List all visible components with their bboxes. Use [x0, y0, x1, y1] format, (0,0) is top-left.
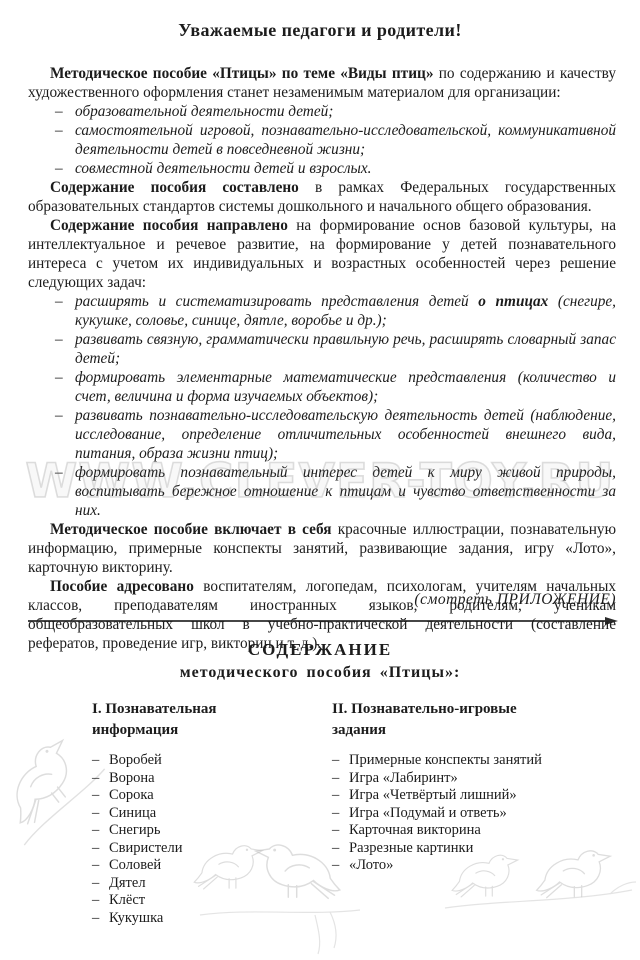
toc-heading: СОДЕРЖАНИЕ [0, 640, 640, 660]
dash-marker: – [92, 770, 99, 788]
toc-item: –Игра «Четвёртый лишний» [332, 787, 612, 805]
toc-item: –Свиристели [92, 840, 312, 858]
toc-item-text: Сорока [109, 787, 154, 803]
list-item: –образовательной деятельности детей; [28, 102, 616, 121]
dash-marker: – [332, 857, 339, 875]
toc-item-text: Свиристели [109, 840, 183, 856]
toc-item-text: Синица [109, 805, 156, 821]
paragraph-lead-bold: Пособие адресовано [50, 578, 194, 595]
list-item: –формировать элементарные математические… [28, 368, 616, 406]
games-list: –Примерные конспекты занятий –Игра «Лаби… [332, 752, 612, 875]
toc-item: –Дятел [92, 875, 312, 893]
toc-item: –Синица [92, 805, 312, 823]
toc-column-title-line1: I. Познавательная [92, 701, 217, 717]
toc-item: –Сорока [92, 787, 312, 805]
intro-text-block: Методическое пособие «Птицы» по теме «Ви… [28, 64, 616, 653]
toc-item-text: Игра «Четвёртый лишний» [349, 787, 517, 803]
dash-marker: – [332, 752, 339, 770]
paragraph-goals: Содержание пособия направлено на формиро… [28, 216, 616, 292]
list-item: –развивать связную, грамматически правил… [28, 330, 616, 368]
list-item: –развивать познавательно-исследовательск… [28, 406, 616, 463]
birds-list: –Воробей –Ворона –Сорока –Синица –Снегир… [92, 752, 312, 927]
toc-item-text: Снегирь [109, 822, 160, 838]
toc-item: –Игра «Лабиринт» [332, 770, 612, 788]
dash-marker: – [92, 840, 99, 858]
list-item: –формировать познавательный интерес дете… [28, 463, 616, 520]
toc-item-text: Разрезные картинки [349, 840, 473, 856]
list-item-text: развивать познавательно-исследовательску… [75, 407, 616, 462]
dash-marker: – [92, 910, 99, 928]
dash-marker: – [55, 121, 63, 140]
dash-marker: – [55, 368, 63, 387]
list-item-bold: о птицах [478, 293, 548, 310]
toc-item: –Воробей [92, 752, 312, 770]
toc-column-title-line1: II. Познавательно-игровые [332, 701, 517, 717]
list-item-text: развивать связную, грамматически правиль… [75, 331, 616, 367]
list-item-text: образовательной деятельности детей; [75, 103, 333, 120]
toc-item: –Снегирь [92, 822, 312, 840]
dash-marker: – [332, 770, 339, 788]
paragraph-lead-bold: Методическое пособие «Птицы» по теме «Ви… [50, 65, 433, 82]
dash-marker: – [332, 840, 339, 858]
toc-item: –Карточная викторина [332, 822, 612, 840]
page-title: Уважаемые педагоги и родители! [0, 20, 640, 41]
paragraph-lead-bold: Содержание пособия направлено [50, 217, 288, 234]
toc-column-title: I. Познавательнаяинформация [92, 699, 312, 741]
list-item-text: формировать познавательный интерес детей… [75, 464, 616, 519]
dash-marker: – [332, 822, 339, 840]
list-item-text: совместной деятельности детей и взрослых… [75, 160, 371, 177]
toc-column-title-line2: задания [332, 722, 386, 738]
toc-item: –Примерные конспекты занятий [332, 752, 612, 770]
toc-column-title: II. Познавательно-игровыезадания [332, 699, 612, 741]
toc-column-games: II. Познавательно-игровыезадания –Пример… [332, 699, 612, 875]
list-item-text: расширять и систематизировать представле… [75, 293, 478, 310]
dash-marker: – [332, 805, 339, 823]
dash-marker: – [332, 787, 339, 805]
tasks-list: –расширять и систематизировать представл… [28, 292, 616, 520]
dash-marker: – [55, 330, 63, 349]
toc-item-text: Примерные конспекты занятий [349, 752, 542, 768]
toc-item-text: Кукушка [109, 910, 163, 926]
toc-item-text: Соловей [109, 857, 161, 873]
paragraph-manual-intro: Методическое пособие «Птицы» по теме «Ви… [28, 64, 616, 102]
list-item: –совместной деятельности детей и взрослы… [28, 159, 616, 178]
list-item-text: формировать элементарные математические … [75, 369, 616, 405]
activities-list: –образовательной деятельности детей; –са… [28, 102, 616, 178]
toc-item-text: «Лото» [349, 857, 393, 873]
scanned-book-page: Уважаемые педагоги и родители! Методичес… [0, 0, 640, 960]
dash-marker: – [55, 292, 63, 311]
dash-marker: – [55, 406, 63, 425]
toc-item: –Соловей [92, 857, 312, 875]
toc-item-text: Дятел [109, 875, 146, 891]
dash-marker: – [92, 787, 99, 805]
toc-item: –Разрезные картинки [332, 840, 612, 858]
toc-item-text: Игра «Лабиринт» [349, 770, 458, 786]
paragraph-includes: Методическое пособие включает в себя кра… [28, 520, 616, 577]
dash-marker: – [55, 463, 63, 482]
toc-item: –Ворона [92, 770, 312, 788]
dash-marker: – [92, 752, 99, 770]
toc-item-text: Клёст [109, 892, 145, 908]
paragraph-lead-bold: Методическое пособие включает в себя [50, 521, 332, 538]
paragraph-standards: Содержание пособия составлено в рамках Ф… [28, 178, 616, 216]
toc-subheading: методического пособия «Птицы»: [0, 664, 640, 682]
list-item: –самостоятельной игровой, познавательно-… [28, 121, 616, 159]
dash-marker: – [92, 892, 99, 910]
toc-item: –«Лото» [332, 857, 612, 875]
list-item: –расширять и систематизировать представл… [28, 292, 616, 330]
dash-marker: – [92, 857, 99, 875]
toc-item-text: Ворона [109, 770, 155, 786]
dash-marker: – [92, 822, 99, 840]
dash-marker: – [55, 159, 63, 178]
toc-item-text: Игра «Подумай и ответь» [349, 805, 507, 821]
toc-item: –Клёст [92, 892, 312, 910]
toc-item-text: Карточная викторина [349, 822, 481, 838]
toc-item: –Игра «Подумай и ответь» [332, 805, 612, 823]
dash-marker: – [92, 875, 99, 893]
toc-item-text: Воробей [109, 752, 162, 768]
dash-marker: – [92, 805, 99, 823]
dash-marker: – [55, 102, 63, 121]
toc-column-title-line2: информация [92, 722, 178, 738]
toc-item: –Кукушка [92, 910, 312, 928]
list-item-text: самостоятельной игровой, познавательно-и… [75, 122, 616, 158]
toc-column-info: I. Познавательнаяинформация –Воробей –Во… [92, 699, 312, 927]
paragraph-lead-bold: Содержание пособия составлено [50, 179, 299, 196]
